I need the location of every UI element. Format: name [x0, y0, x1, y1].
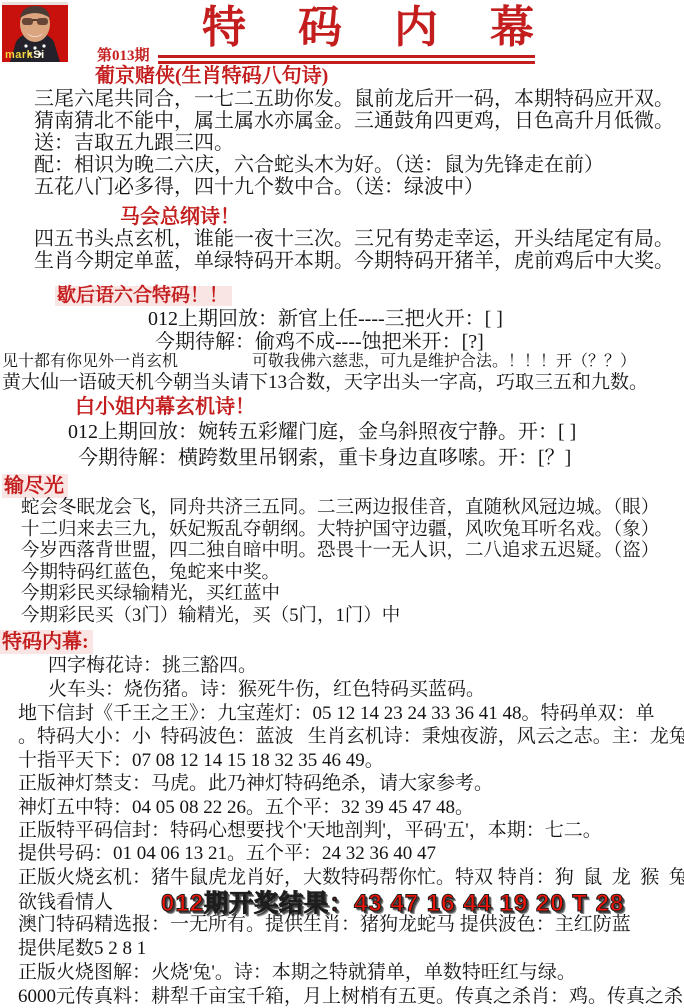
result-row: 欲钱看情人 012期开奖结果：43 47 16 44 19 20 T 28 [0, 889, 684, 912]
page-title: 特码内幕 [202, 2, 586, 54]
xiehouyu-previous-draw: 012上期回放：新官上任----三把火开：[ ] [0, 306, 684, 332]
huangdaxian-note: 黄大仙一语破天机今朝当头请下13合数，天字出头一字高，巧取三五和九数。 [0, 371, 684, 395]
yuqian-line: 欲钱看情人 [0, 887, 113, 914]
neimu-heading: 特码内幕: [0, 630, 684, 654]
logo-wordmark-si: Si [33, 49, 44, 61]
tail-numbers-line: 提供尾数5 2 8 1 [0, 937, 684, 961]
aomen-report-line: 澳门特码精选报：一无所有。提供生肖：猪狗龙蛇马 提供波色：主红防蓝 [0, 913, 684, 937]
pujing-line: 三尾六尾共同合，一七二五助你发。鼠前龙后开一码，本期特码应开双。 [0, 88, 684, 110]
section-neimu: 特码内幕: 四字梅花诗：挑三豁四。 火车头：烧伤猪。诗：猴死牛伤，红色特码买蓝码… [0, 630, 684, 913]
huochetou-line: 火车头：烧伤猪。诗：猴死牛伤，红色特码买蓝码。 [0, 678, 684, 702]
section-baixiaojie: 白小姐内幕玄机诗！ 012上期回放：婉转五彩耀门庭，金乌斜照夜宁静。开：[ ] … [0, 395, 684, 472]
shujinguang-line: 蛇会冬眠龙会飞，同舟共济三五同。二三两边报佳音，直随秋风冠边城。（眼） [0, 498, 684, 520]
xiehouyu-heading-text: 歇后语六合特码！！ [55, 286, 232, 306]
shizhi-numbers-line: 十指平天下：07 08 12 14 15 18 32 35 46 49。 [0, 749, 684, 772]
dixia-envelope-line-1: 地下信封《千王之王》：九宝莲灯：05 12 14 23 24 33 36 41 … [0, 702, 684, 725]
mahui-heading: 马会总纲诗！ [120, 206, 684, 228]
baixiaojie-heading: 白小姐内幕玄机诗！ [75, 395, 684, 419]
shendeng-special-line: 神灯五中特：04 05 08 22 26。五个平：32 39 45 47 48。 [0, 796, 684, 819]
shendeng-ban-line: 正版神灯禁支：马虎。此乃神灯特码绝杀，请大家参考。 [0, 772, 684, 795]
masthead: markSi 第013期 特码内幕 [0, 0, 684, 64]
section-bottom-tips: 澳门特码精选报：一无所有。提供生肖：猪狗龙蛇马 提供波色：主红防蓝 提供尾数5 … [0, 913, 684, 1008]
mahui-line: 四五书头点玄机，谁能一夜十三次。三兄有势走幸运，开头结尾定有局。 [0, 228, 684, 250]
shujinguang-line: 今期彩民买绿输精光，买红蓝中 [0, 584, 684, 606]
pujing-line: 五花八门必多得，四十九个数中合。（送：绿波中） [0, 176, 684, 198]
pujing-heading: 葡京赌侠(生肖特码八句诗) [95, 64, 684, 88]
pujing-line: 送：吉取五九跟三四。 [0, 132, 684, 154]
section-shujinguang: 输尽光 蛇会冬眠龙会飞，同舟共济三五同。二三两边报佳音，直随秋风冠边城。（眼） … [0, 474, 684, 627]
huoshao-diagram-line: 正版火烧图解：火烧'兔'。诗：本期之特就猜单，单数特旺红与绿。 [0, 961, 684, 985]
pujing-line: 配：相识为晚二六庆，六合蛇头木为好。（送：鼠为先锋走在前） [0, 154, 684, 176]
title-double-underline [158, 55, 535, 64]
shujinguang-heading-text: 输尽光 [2, 474, 68, 498]
neimu-heading-text: 特码内幕: [0, 630, 93, 654]
baixiaojie-previous-draw: 012上期回放：婉转五彩耀门庭，金乌斜照夜宁静。开：[ ] [0, 419, 684, 445]
shujinguang-line: 今期彩民买（3门）输精光，买（5门，1门）中 [0, 606, 684, 628]
section-mahui-poem: 马会总纲诗！ 四五书头点玄机，谁能一夜十三次。三兄有势走幸运，开头结尾定有局。 … [0, 206, 684, 272]
meihua-poem-line: 四字梅花诗：挑三豁四。 [0, 654, 684, 678]
fax-material-line: 6000元传真料：耕犁千亩宝千箱，月上树梢有五更。传真之杀肖：鸡。传真之杀尾：1 [0, 985, 684, 1008]
section-xiehouyu: 歇后语六合特码！！ 012上期回放：新官上任----三把火开：[ ] 今期待解：… [0, 286, 684, 395]
xiehouyu-heading: 歇后语六合特码！！ [55, 286, 684, 306]
xiehouyu-note-right: 可敬我佛六慈悲，可九是维护合法。！！！开（？？） [252, 353, 636, 371]
shujinguang-heading: 输尽光 [2, 474, 684, 498]
baixiaojie-current-riddle: 今期待解：横跨数里吊钢索，重卡身边直哆嗦。开：[？] [0, 445, 684, 472]
lottery-tip-sheet: markSi 第013期 特码内幕 葡京赌侠(生肖特码八句诗) 三尾六尾共同合，… [0, 0, 684, 1008]
provided-numbers-line: 提供号码：01 04 06 13 21。五个平：24 32 36 40 47 [0, 842, 684, 865]
logo-wordmark: markSi [5, 50, 45, 61]
section-pujing-poem: 葡京赌侠(生肖特码八句诗) 三尾六尾共同合，一七二五助你发。鼠前龙后开一码，本期… [0, 64, 684, 198]
shujinguang-line: 十二归来去三九，妖妃叛乱夺朝纲。大特护国守边疆，风吹兔耳听名戏。（象） [0, 520, 684, 542]
issue-number: 第013期 [97, 44, 150, 65]
teping-envelope-line: 正版特平码信封：特码心想要找个'天地剖判'，平码'五'，本期：七二。 [0, 819, 684, 842]
tipster-logo: markSi [2, 2, 68, 62]
mahui-line: 生肖今期定单蓝，单绿特码开本期。今期特码开猪羊，虎前鸡后中大奖。 [0, 250, 684, 272]
dixia-envelope-line-2: 。特码大小：小 特码波色：蓝波 生肖玄机诗：秉烛夜游，风云之志。主：龙兔猪猴羊。 [0, 725, 684, 748]
shujinguang-line: 今期特码红蓝色，兔蛇来中奖。 [0, 563, 684, 585]
logo-wordmark-mark: mark [5, 49, 33, 61]
xiehouyu-note-left: 见十都有你见外一肖玄机 [2, 353, 178, 371]
xiehouyu-note-line: 见十都有你见外一肖玄机 可敬我佛六慈悲，可九是维护合法。！！！开（？？） [0, 353, 684, 371]
xiehouyu-current-riddle: 今期待解：偷鸡不成----蚀把米开：[?] [0, 332, 684, 353]
pujing-line: 猜南猜北不能中，属土属水亦属金。三通鼓角四更鸡，日色高升月低微。 [0, 110, 684, 132]
shujinguang-line: 今岁西落背世盟，四二独自暗中明。恐畏十一无人识，二八追求五迟疑。（盗） [0, 541, 684, 563]
